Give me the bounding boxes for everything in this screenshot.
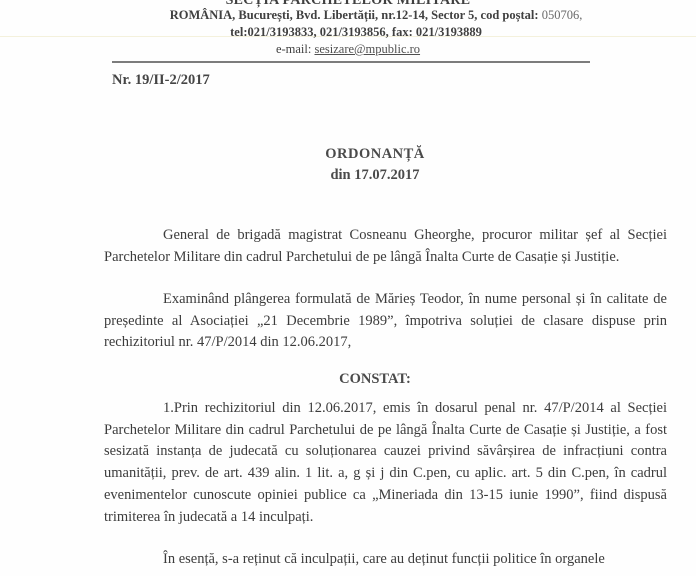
section-heading: CONSTAT: [0,371,696,388]
document-page: SECȚIA PARCHETELOR MILITARE ROMÂNIA, Buc… [0,0,696,576]
postal-code: 050706, [542,8,583,22]
document-title: ORDONANȚĂ [0,146,696,163]
paragraph-finding-2: În esență, s-a reținut că inculpații, ca… [104,549,667,571]
paragraph-prosecutor: General de brigadă magistrat Cosneanu Gh… [104,225,667,268]
email-label: e-mail: [276,42,311,56]
letterhead-address: ROMÂNIA, București, Bvd. Libertății, nr.… [28,8,696,23]
letterhead-phones: tel:021/3193833, 021/3193856, fax: 021/3… [8,25,696,40]
document-date: din 17.07.2017 [0,167,696,184]
document-number: Nr. 19/II-2/2017 [112,72,210,89]
address-text: ROMÂNIA, București, Bvd. Libertății, nr.… [170,8,539,22]
paragraph-complaint: Examinând plângerea formulată de Mărieș … [104,289,667,354]
letterhead-email: e-mail: sesizare@mpublic.ro [0,42,696,57]
header-divider [112,61,590,63]
paragraph-finding-1: 1.Prin rechizitoriul din 12.06.2017, emi… [104,398,667,528]
email-link[interactable]: sesizare@mpublic.ro [314,42,420,56]
